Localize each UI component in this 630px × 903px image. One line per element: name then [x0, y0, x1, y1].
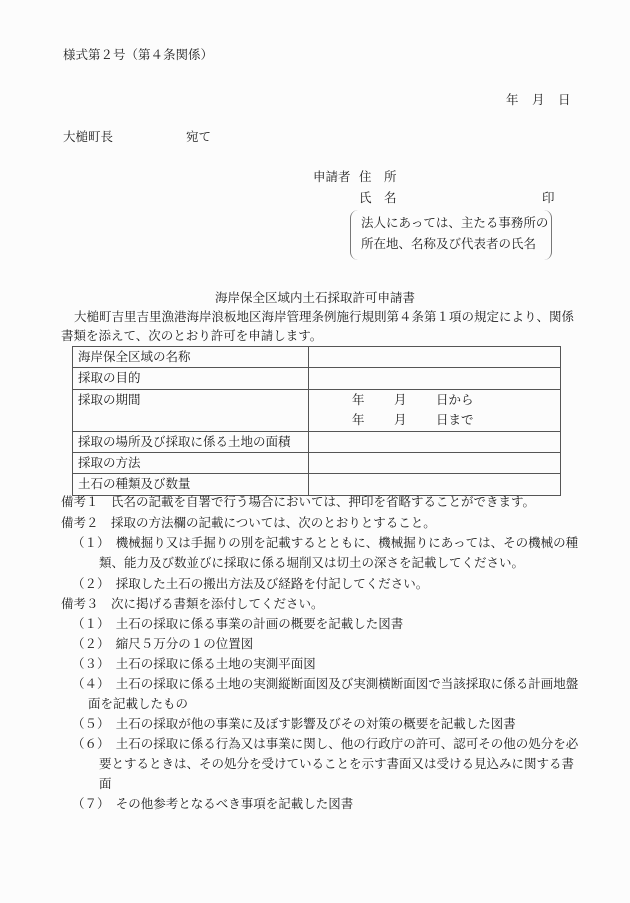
row-label: 海岸保全区域の名称: [73, 347, 309, 368]
note-3-item-6: （６） 土石の採取に係る行為又は事業に関し、他の行政庁の許可、認可その他の処分を…: [72, 738, 578, 751]
date-month: 月: [532, 94, 558, 107]
table-row: 採取の目的: [73, 368, 561, 389]
note-3-item-6-cont: 要とするときは、その処分を受けていることを示す書面又は受ける見込みに関する書: [99, 758, 574, 771]
row-value-field[interactable]: [309, 368, 561, 389]
period-field[interactable]: 年 月 日から 年 月 日まで: [309, 389, 561, 431]
intro-line-2: 書類を添えて、次のとおり許可を申請します。: [61, 330, 322, 343]
note-1: 備考１ 氏名の記載を自署で行う場合においては、押印を省略することができます。: [61, 496, 535, 509]
note-3-item-4: （４） 土石の採取に係る土地の実測縦断面図及び実測横断面図で当該採取に係る計画地…: [72, 678, 578, 691]
period-to-year: 年: [352, 413, 394, 427]
note-3-item-5: （５） 土石の採取が他の事業に及ぼす影響及びその対策の概要を記載した図書: [72, 718, 516, 731]
date-year: 年: [506, 94, 532, 107]
note-3-item-7: （７） その他参考となるべき事項を記載した図書: [72, 798, 353, 811]
table-row: 採取の方法: [73, 452, 561, 473]
row-label: 採取の方法: [73, 452, 309, 473]
note-3-item-1: （１） 土石の採取に係る事業の計画の概要を記載した図書: [72, 618, 403, 631]
addressee: 大槌町長: [63, 131, 113, 144]
row-label: 採取の期間: [73, 389, 309, 431]
application-table: 海岸保全区域の名称 採取の目的 採取の期間 年 月 日から 年 月 日まで 採取…: [72, 346, 561, 496]
period-to: 年 月 日まで: [314, 413, 555, 427]
period-to-day: 日まで: [436, 413, 474, 427]
applicant-label: 申請者: [313, 171, 351, 184]
row-value-field[interactable]: [309, 474, 561, 495]
note-2: 備考２ 採取の方法欄の記載については、次のとおりとすること。: [61, 517, 436, 530]
note-2-item-2: （２） 採取した土石の搬出方法及び経路を付記してください。: [72, 578, 428, 591]
note-3-item-2: （２） 縮尺５万分の１の位置図: [72, 638, 253, 651]
name-label: 氏 名: [359, 192, 397, 205]
period-from-month: 月: [394, 393, 436, 407]
intro-line-1: 大槌町吉里吉里漁港海岸浪板地区海岸管理条例施行規則第４条第１項の規定により、関係: [74, 311, 574, 324]
table-row: 土石の種類及び数量: [73, 474, 561, 495]
address-label: 住 所: [359, 171, 397, 184]
period-to-month: 月: [394, 413, 436, 427]
table-row: 採取の期間 年 月 日から 年 月 日まで: [73, 389, 561, 431]
table-row: 採取の場所及び採取に係る土地の面積: [73, 431, 561, 452]
row-value-field[interactable]: [309, 431, 561, 452]
note-2-item-1: （１） 機械掘り又は手掘りの別を記載するとともに、機械掘りにあっては、その機械の…: [72, 537, 578, 550]
document-title: 海岸保全区域内土石採取許可申請書: [0, 292, 630, 305]
period-from-year: 年: [352, 393, 394, 407]
row-label: 土石の種類及び数量: [73, 474, 309, 495]
note-3: 備考３ 次に掲げる書類を添付してください。: [61, 598, 324, 611]
row-value-field[interactable]: [309, 347, 561, 368]
date-line: 年月日: [506, 94, 571, 107]
note-3-item-6-cont2: 面: [99, 778, 112, 791]
addressee-suffix: 宛て: [186, 131, 211, 144]
row-value-field[interactable]: [309, 452, 561, 473]
corp-note-line-1: 法人にあっては、主たる事務所の: [361, 217, 548, 230]
note-3-item-3: （３） 土石の採取に係る土地の実測平面図: [72, 658, 316, 671]
period-from-day: 日から: [436, 393, 474, 407]
table-row: 海岸保全区域の名称: [73, 347, 561, 368]
period-from: 年 月 日から: [314, 393, 555, 407]
note-3-item-4-cont: 面を記載したもの: [88, 698, 188, 711]
note-2-item-1-cont: 類、能力及び数並びに採取に係る堀削又は切土の深さを記載してください。: [99, 557, 524, 570]
row-label: 採取の場所及び採取に係る土地の面積: [73, 431, 309, 452]
form-number: 様式第２号（第４条関係）: [63, 49, 213, 62]
date-day: 日: [558, 94, 571, 107]
seal-label: 印: [542, 192, 555, 205]
corp-note-line-2: 所在地、名称及び代表者の氏名: [361, 238, 536, 251]
row-label: 採取の目的: [73, 368, 309, 389]
